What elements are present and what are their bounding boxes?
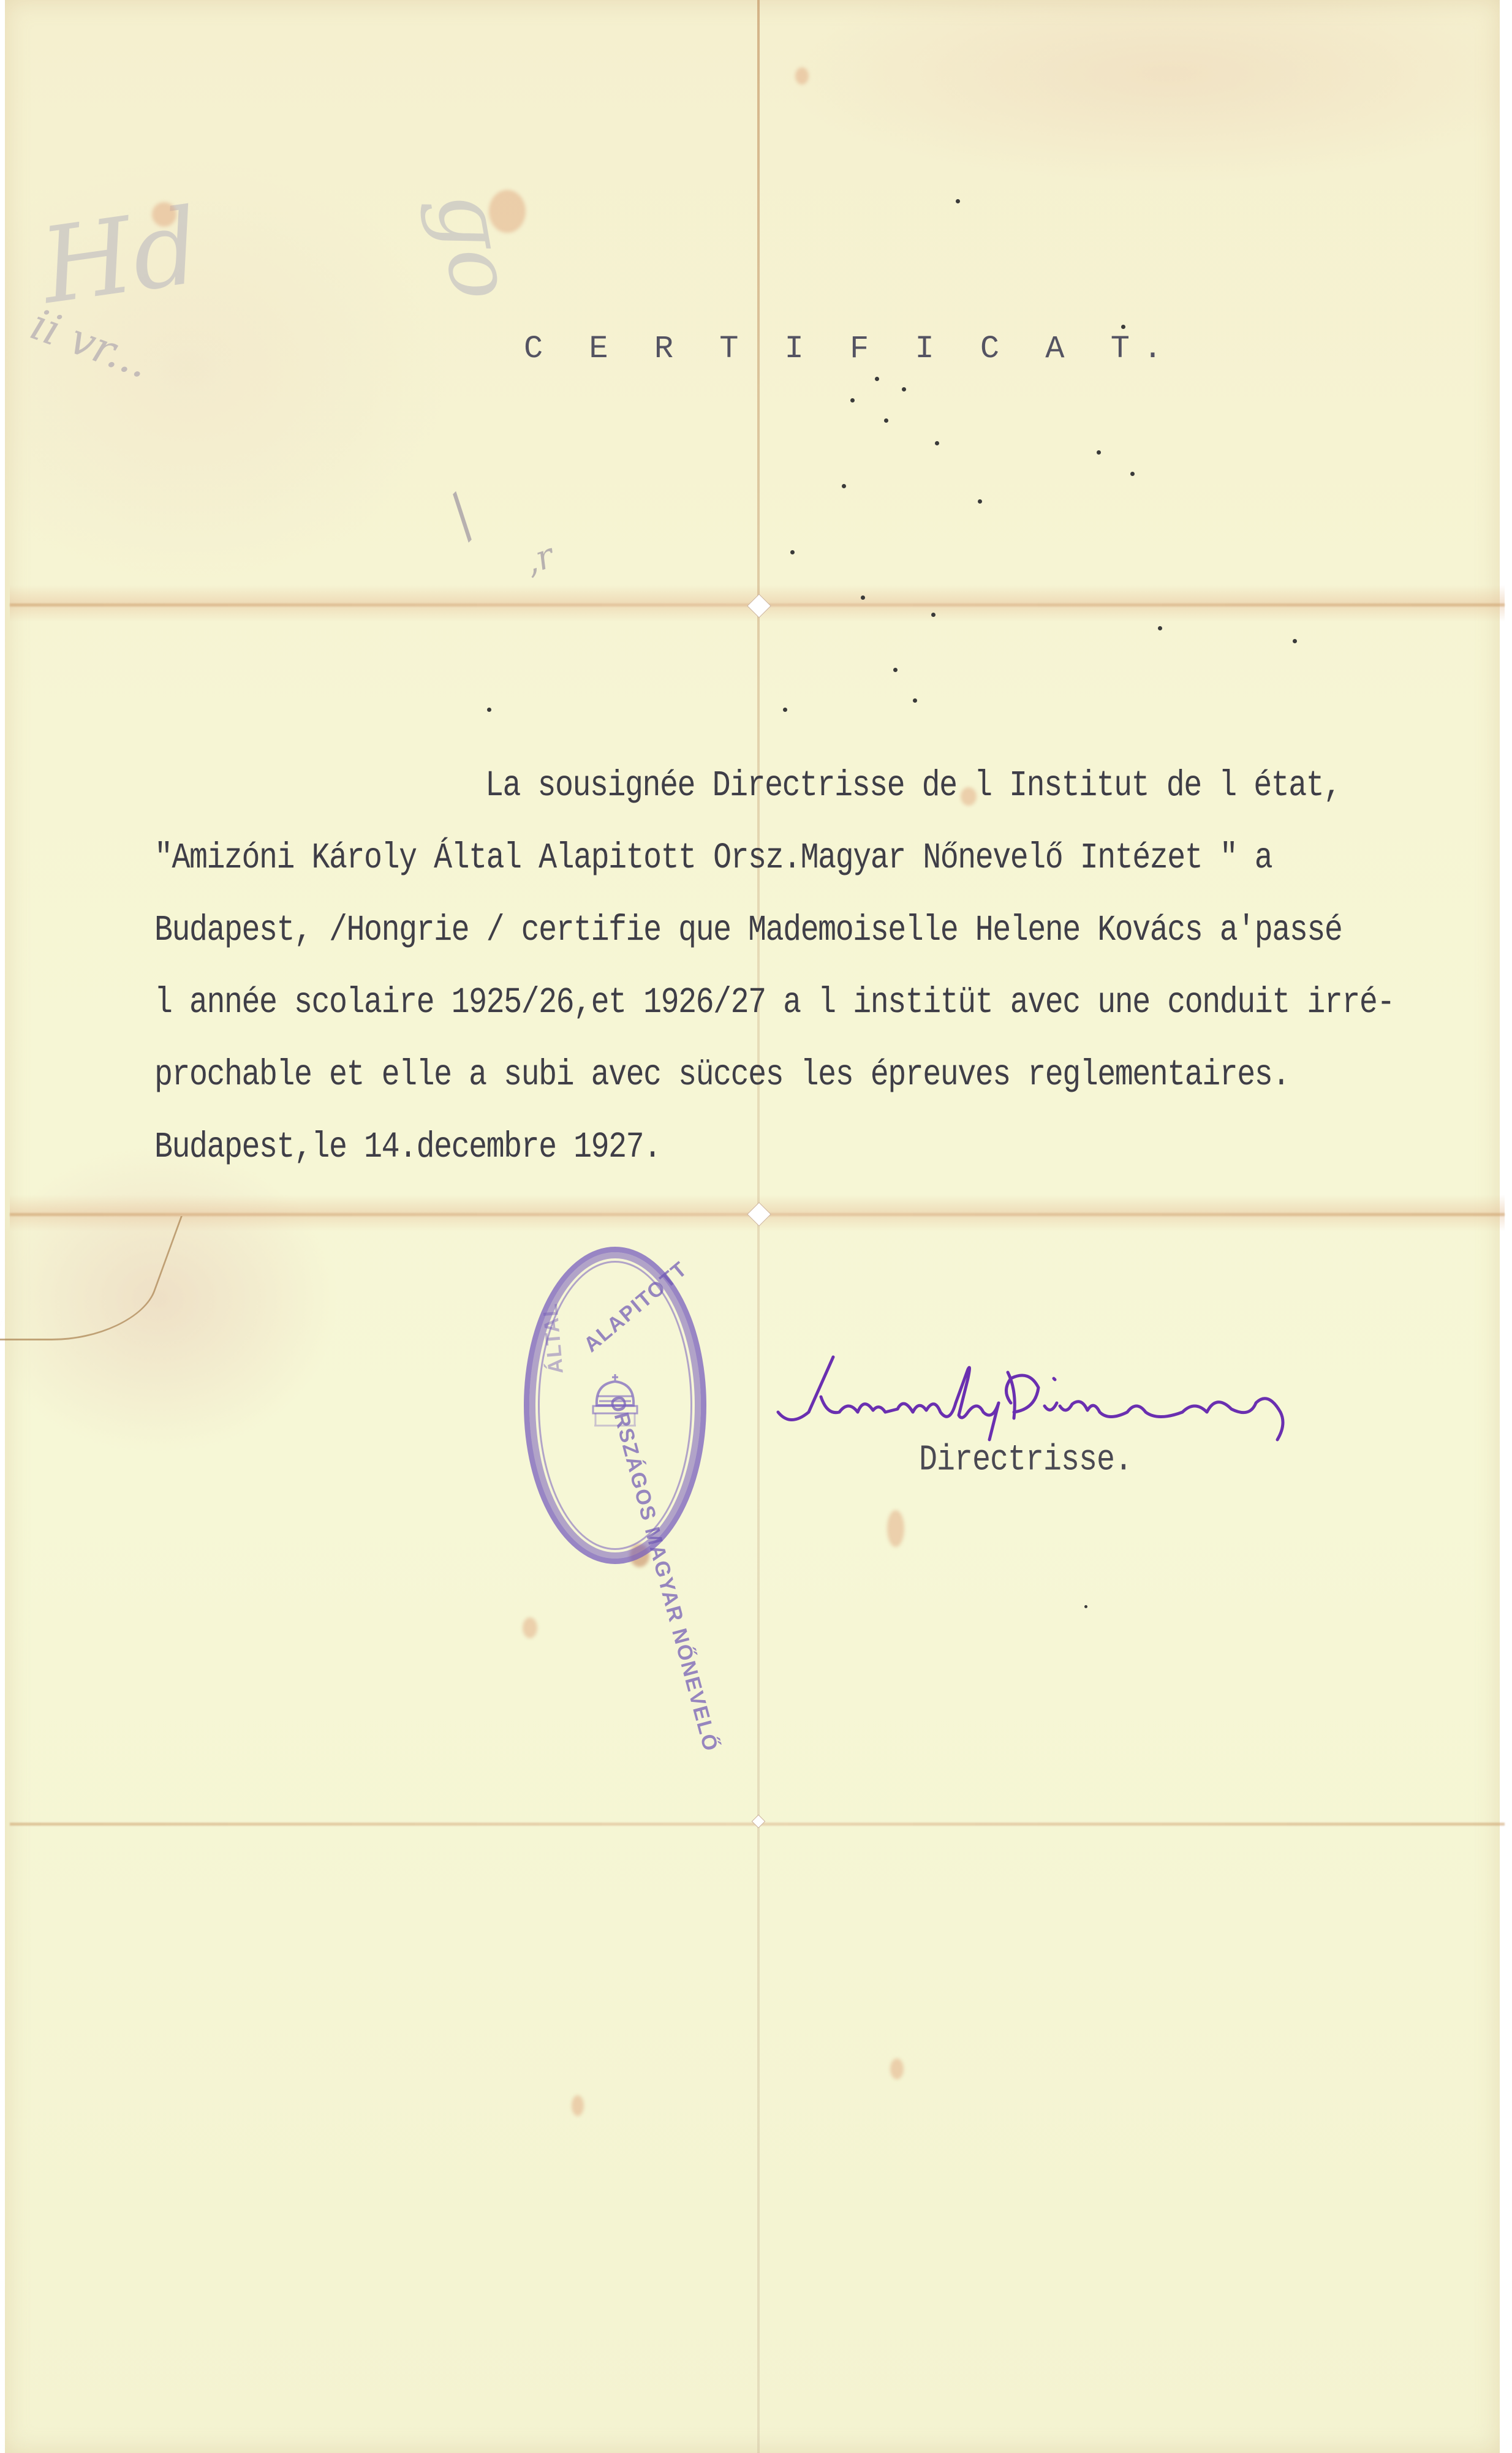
signatory-title: Directrisse. — [919, 1440, 1132, 1481]
body-line: prochable et elle a subi avec sücces les… — [154, 1040, 1502, 1112]
stain-spot — [523, 1617, 537, 1638]
pencil-stroke: / — [432, 487, 491, 546]
certificate-body: La sousignée Directrisse de l Institut d… — [154, 750, 1502, 1184]
crown-icon — [591, 1372, 640, 1430]
stain-spot — [572, 2095, 584, 2116]
stain-spot — [890, 2058, 904, 2079]
fold-hole — [752, 1815, 766, 1829]
stain-spot — [795, 67, 809, 85]
vertical-fold-line — [757, 0, 760, 2453]
body-line: l année scolaire 1925/26,et 1926/27 a l … — [154, 967, 1502, 1040]
stain-spot — [887, 1510, 904, 1547]
stain-spot — [152, 202, 176, 227]
official-stamp: ALAPITOTT ORSZÁGOS MAGYAR NŐNEVELŐ ÁLTAL — [524, 1247, 706, 1564]
pencil-annotation: ,r — [520, 536, 558, 583]
certificate-paper: Hd ɡo ii vr... / ,r — [5, 0, 1500, 2453]
body-line: Budapest, /Hongrie / certifie que Mademo… — [154, 895, 1502, 967]
date-line: Budapest,le 14.decembre 1927. — [154, 1112, 1502, 1184]
stain-spot — [489, 190, 526, 233]
paper-tear — [0, 1216, 183, 1340]
body-line: "Amizóni Károly Által Alapitott Orsz.Mag… — [154, 823, 1502, 895]
certificate-title: C E R T I F I C A T. — [524, 331, 1176, 367]
body-line: La sousignée Directrisse de l Institut d… — [154, 750, 1502, 823]
